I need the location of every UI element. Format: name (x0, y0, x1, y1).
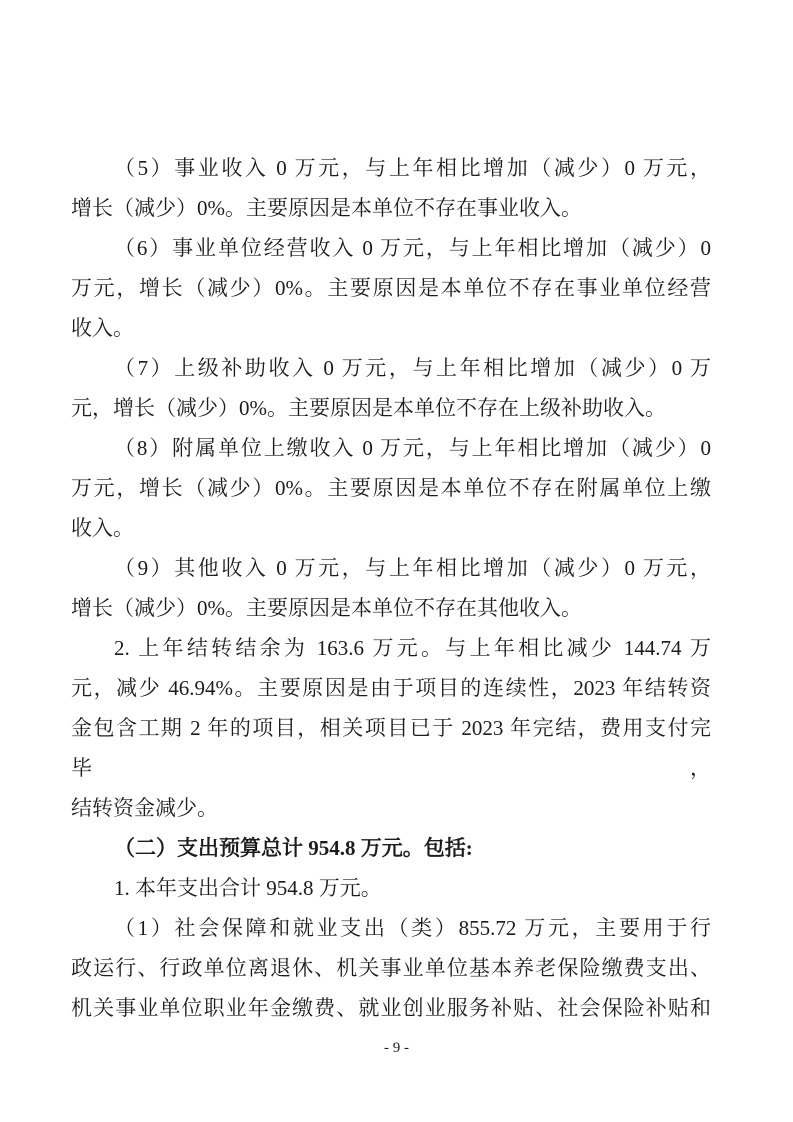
paragraph-income-item-8: （8）附属单位上缴收入 0 万元，与上年相比增加（减少）0 万元，增长（减少）0… (71, 428, 711, 548)
text-line: 政运行、行政单位离退休、机关事业单位基本养老保险缴费支出、 (71, 948, 711, 988)
paragraph-expenditure-item-1: （1）社会保障和就业支出（类）855.72 万元，主要用于行 政运行、行政单位离… (71, 908, 711, 1028)
page-footer: - 9 - (0, 1033, 793, 1063)
paragraph-income-item-6: （6）事业单位经营收入 0 万元，与上年相比增加（减少）0 万元，增长（减少）0… (71, 228, 711, 348)
paragraph-income-item-9: （9）其他收入 0 万元，与上年相比增加（减少）0 万元， 增长（减少）0%。主… (71, 548, 711, 628)
text-line: 万元，增长（减少）0%。主要原因是本单位不存在附属单位上缴 (71, 468, 711, 508)
paragraph-carryover-balance: 2. 上年结转结余为 163.6 万元。与上年相比减少 144.74 万 元，减… (71, 628, 711, 828)
text-line: 收入。 (71, 508, 711, 548)
text-line: 2. 上年结转结余为 163.6 万元。与上年相比减少 144.74 万 (71, 628, 711, 668)
text-line: 结转资金减少。 (71, 788, 711, 828)
text-line: 增长（减少）0%。主要原因是本单位不存在事业收入。 (71, 188, 711, 228)
document-body: （5）事业收入 0 万元，与上年相比增加（减少）0 万元， 增长（减少）0%。主… (71, 148, 711, 1028)
page-number: - 9 - (384, 1040, 409, 1056)
text-line: （9）其他收入 0 万元，与上年相比增加（减少）0 万元， (71, 548, 711, 588)
text-line: 金包含工期 2 年的项目，相关项目已于 2023 年完结，费用支付完毕， (71, 708, 711, 788)
heading-expenditure-budget: （二）支出预算总计 954.8 万元。包括: (71, 828, 711, 868)
document-page: （5）事业收入 0 万元，与上年相比增加（减少）0 万元， 增长（减少）0%。主… (0, 0, 793, 1122)
text-line: 元，增长（减少）0%。主要原因是本单位不存在上级补助收入。 (71, 388, 711, 428)
paragraph-income-item-7: （7）上级补助收入 0 万元，与上年相比增加（减少）0 万 元，增长（减少）0%… (71, 348, 711, 428)
section-heading: （二）支出预算总计 954.8 万元。包括: (71, 828, 711, 868)
text-line: 增长（减少）0%。主要原因是本单位不存在其他收入。 (71, 588, 711, 628)
text-line: （1）社会保障和就业支出（类）855.72 万元，主要用于行 (71, 908, 711, 948)
text-line: （7）上级补助收入 0 万元，与上年相比增加（减少）0 万 (71, 348, 711, 388)
paragraph-income-item-5: （5）事业收入 0 万元，与上年相比增加（减少）0 万元， 增长（减少）0%。主… (71, 148, 711, 228)
text-line: 1. 本年支出合计 954.8 万元。 (71, 868, 711, 908)
text-line: 万元，增长（减少）0%。主要原因是本单位不存在事业单位经营 (71, 268, 711, 308)
text-line: 收入。 (71, 308, 711, 348)
text-line: 元，减少 46.94%。主要原因是由于项目的连续性，2023 年结转资 (71, 668, 711, 708)
text-line: 机关事业单位职业年金缴费、就业创业服务补贴、社会保险补贴和 (71, 988, 711, 1028)
text-line: （5）事业收入 0 万元，与上年相比增加（减少）0 万元， (71, 148, 711, 188)
paragraph-total-expenditure: 1. 本年支出合计 954.8 万元。 (71, 868, 711, 908)
text-line: （6）事业单位经营收入 0 万元，与上年相比增加（减少）0 (71, 228, 711, 268)
text-line: （8）附属单位上缴收入 0 万元，与上年相比增加（减少）0 (71, 428, 711, 468)
